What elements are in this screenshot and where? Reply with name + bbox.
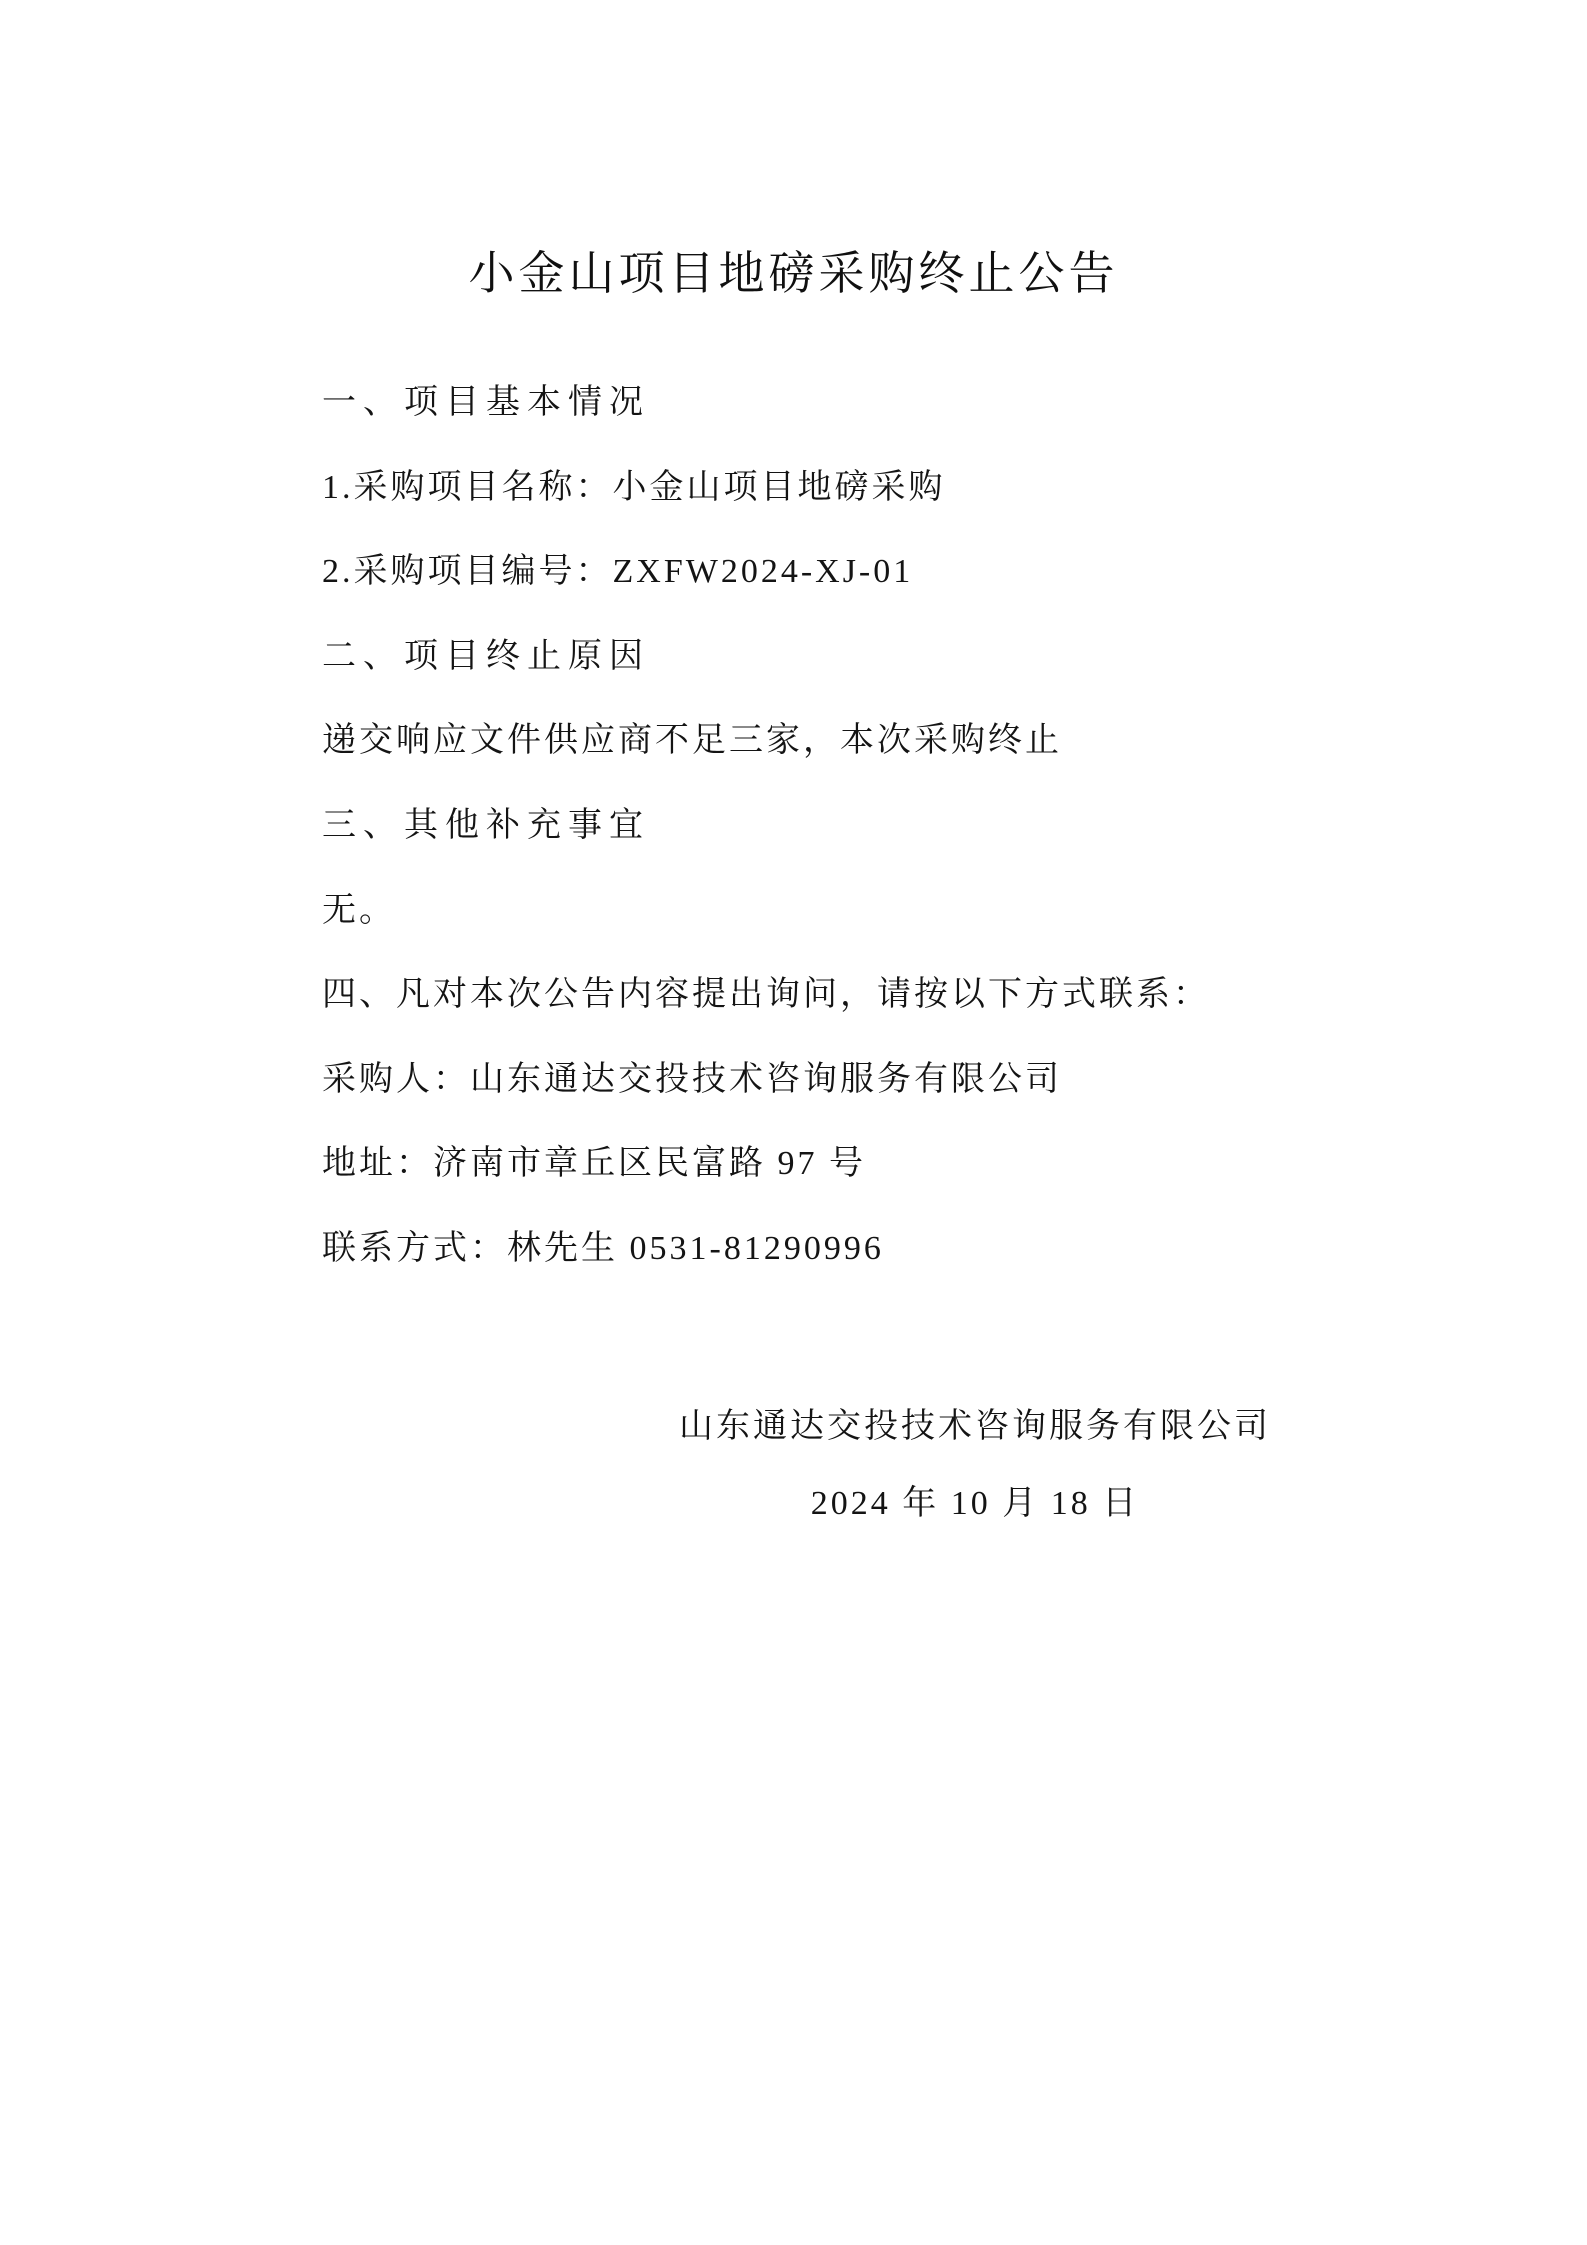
paragraph-purchaser: 采购人：山东通达交投技术咨询服务有限公司	[322, 1038, 1467, 1123]
signature-company: 山东通达交投技术咨询服务有限公司	[363, 1388, 1587, 1465]
section-heading-3: 三、其他补充事宜	[322, 784, 1467, 869]
document-page: 小金山项目地磅采购终止公告 一、项目基本情况 1.采购项目名称：小金山项目地磅采…	[0, 0, 1587, 2245]
section-heading-1: 一、项目基本情况	[322, 361, 1467, 446]
document-body: 一、项目基本情况 1.采购项目名称：小金山项目地磅采购 2.采购项目编号：ZXF…	[322, 361, 1467, 1292]
paragraph-project-name: 1.采购项目名称：小金山项目地磅采购	[322, 446, 1467, 531]
section-heading-2: 二、项目终止原因	[322, 615, 1467, 700]
paragraph-address: 地址：济南市章丘区民富路 97 号	[322, 1122, 1467, 1207]
paragraph-contact: 联系方式：林先生 0531-81290996	[322, 1207, 1467, 1292]
paragraph-none: 无。	[322, 869, 1467, 954]
paragraph-termination-reason: 递交响应文件供应商不足三家，本次采购终止	[322, 699, 1467, 784]
document-footer: 山东通达交投技术咨询服务有限公司 2024 年 10 月 18 日	[363, 1388, 1587, 1542]
document-title: 小金山项目地磅采购终止公告	[0, 237, 1587, 303]
signature-date: 2024 年 10 月 18 日	[363, 1465, 1587, 1542]
section-heading-4: 四、凡对本次公告内容提出询问，请按以下方式联系：	[322, 953, 1467, 1038]
paragraph-project-number: 2.采购项目编号：ZXFW2024-XJ-01	[322, 530, 1467, 615]
